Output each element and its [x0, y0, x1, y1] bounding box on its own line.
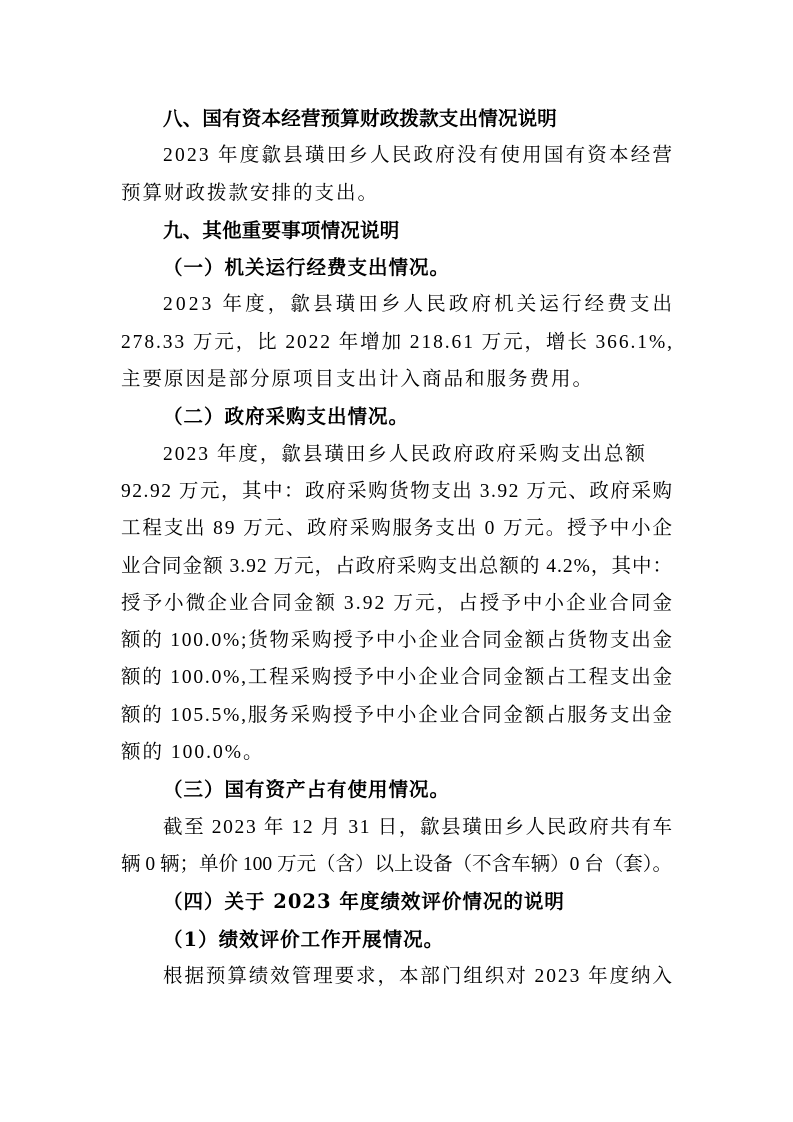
document-body: 八、国有资本经营预算财政拨款支出情况说明 2023 年度歙县璜田乡人民政府没有使… — [121, 100, 672, 995]
subsection-heading-text: （三）国有资产占有使用情况。 — [163, 778, 450, 801]
paragraph-line: 预算财政拨款安排的支出。 — [121, 175, 672, 212]
paragraph-line: 92.92 万元，其中：政府采购货物支出 3.92 万元、政府采购 — [121, 473, 672, 510]
section-heading: 八、国有资本经营预算财政拨款支出情况说明 — [121, 100, 672, 137]
paragraph-line-text: 主要原因是部分原项目支出计入商品和服务费用。 — [121, 369, 594, 390]
paragraph-line: 2023 年度，歙县璜田乡人民政府机关运行经费支出 — [121, 286, 672, 323]
subsection-heading: （一）机关运行经费支出情况。 — [121, 249, 672, 286]
paragraph-line: 授予小微企业合同金额 3.92 万元，占授予中小企业合同金 — [121, 585, 672, 622]
paragraph-line: 2023 年度歙县璜田乡人民政府没有使用国有资本经营 — [121, 137, 672, 174]
paragraph-line-text: 截至 2023 年 12 月 31 日，歙县璜田乡人民政府共有车 — [163, 817, 674, 838]
paragraph-line-text: 根据预算绩效管理要求，本部门组织对 2023 年度纳入 — [163, 966, 674, 987]
paragraph-line-text: 预算财政拨款安排的支出。 — [121, 183, 379, 204]
subsection-heading: （二）政府采购支出情况。 — [121, 398, 672, 435]
paragraph-line-text: 2023 年度，歙县璜田乡人民政府机关运行经费支出 — [163, 294, 675, 315]
document-page: 八、国有资本经营预算财政拨款支出情况说明 2023 年度歙县璜田乡人民政府没有使… — [0, 0, 793, 1122]
paragraph-line: 辆 0 辆；单价 100 万元（含）以上设备（不含车辆）0 台（套）。 — [121, 846, 672, 883]
paragraph-line: 278.33 万元，比 2022 年增加 218.61 万元，增长 366.1%… — [121, 324, 672, 361]
subsection-heading-text: （四）关于 2023 年度绩效评价情况的说明 — [163, 890, 565, 913]
section-heading: 九、其他重要事项情况说明 — [121, 212, 672, 249]
paragraph-line: 业合同金额 3.92 万元，占政府采购支出总额的 4.2%，其中： — [121, 548, 672, 585]
section-heading-text: 九、其他重要事项情况说明 — [163, 219, 399, 242]
paragraph-line-text: 辆 0 辆；单价 100 万元（含）以上设备（不含车辆）0 台（套）。 — [121, 854, 672, 875]
paragraph-line-text: 工程支出 89 万元、政府采购服务支出 0 万元。授予中小企 — [121, 518, 674, 539]
paragraph-line-text: 额的 100.0%;货物采购授予中小企业合同金额占货物支出金 — [121, 630, 674, 651]
paragraph-line: 工程支出 89 万元、政府采购服务支出 0 万元。授予中小企 — [121, 510, 672, 547]
paragraph-line-text: 278.33 万元，比 2022 年增加 218.61 万元，增长 366.1%… — [121, 332, 674, 353]
paragraph-line-text: 额的 105.5%,服务采购授予中小企业合同金额占服务支出金 — [121, 705, 674, 726]
paragraph-line-text: 2023 年度，歙县璜田乡人民政府政府采购支出总额 — [163, 444, 647, 465]
paragraph-line-text: 额的 100.0%,工程采购授予中小企业合同金额占工程支出金 — [121, 667, 674, 688]
section-heading-text: 八、国有资本经营预算财政拨款支出情况说明 — [163, 107, 557, 130]
paragraph-line: 2023 年度，歙县璜田乡人民政府政府采购支出总额 — [121, 436, 672, 473]
paragraph-line: 额的 100.0%。 — [121, 734, 672, 771]
paragraph-line: 根据预算绩效管理要求，本部门组织对 2023 年度纳入 — [121, 958, 672, 995]
paragraph-line-text: 额的 100.0%。 — [121, 742, 265, 763]
paragraph-line: 额的 100.0%;货物采购授予中小企业合同金额占货物支出金 — [121, 622, 672, 659]
subsection-heading-text: （一）机关运行经费支出情况。 — [163, 256, 450, 279]
paragraph-line-text: 92.92 万元，其中：政府采购货物支出 3.92 万元、政府采购 — [121, 481, 674, 502]
subsection-heading: （四）关于 2023 年度绩效评价情况的说明 — [121, 883, 672, 920]
subsection-heading-text: （二）政府采购支出情况。 — [163, 405, 409, 428]
subsection-heading: （三）国有资产占有使用情况。 — [121, 771, 672, 808]
paragraph-line: 主要原因是部分原项目支出计入商品和服务费用。 — [121, 361, 672, 398]
paragraph-line: 额的 105.5%,服务采购授予中小企业合同金额占服务支出金 — [121, 697, 672, 734]
item-heading-text: （1）绩效评价工作开展情况。 — [163, 928, 444, 951]
item-heading: （1）绩效评价工作开展情况。 — [121, 921, 672, 958]
paragraph-line-text: 授予小微企业合同金额 3.92 万元，占授予中小企业合同金 — [121, 593, 674, 614]
paragraph-line-text: 2023 年度歙县璜田乡人民政府没有使用国有资本经营 — [163, 145, 674, 166]
paragraph-line: 截至 2023 年 12 月 31 日，歙县璜田乡人民政府共有车 — [121, 809, 672, 846]
paragraph-line: 额的 100.0%,工程采购授予中小企业合同金额占工程支出金 — [121, 659, 672, 696]
paragraph-line-text: 业合同金额 3.92 万元，占政府采购支出总额的 4.2%，其中： — [121, 556, 673, 577]
